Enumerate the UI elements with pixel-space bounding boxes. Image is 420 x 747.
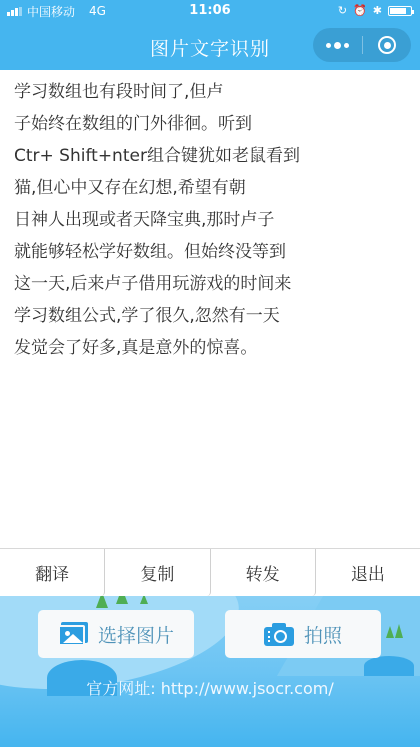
nav-bar: 图片文字识别: [0, 22, 420, 70]
text-line: 学习数组公式,学了很久,忽然有一天: [14, 300, 314, 332]
official-website-link[interactable]: 官方网址: http://www.jsocr.com/: [0, 676, 420, 699]
tree-decoration: [140, 596, 148, 604]
copy-button[interactable]: 复制: [105, 549, 210, 596]
status-bar: 中国移动 4G 11:06 ↻ ⏰ ✱: [0, 0, 420, 22]
take-photo-button[interactable]: 拍照: [225, 610, 381, 658]
orientation-lock-icon: ↻: [338, 4, 347, 17]
tree-decoration: [96, 596, 108, 608]
choose-image-button[interactable]: 选择图片: [38, 610, 194, 658]
close-button[interactable]: [363, 36, 411, 54]
text-line: 就能够轻松学好数组。但始终没等到: [14, 236, 314, 268]
camera-icon: [264, 622, 294, 646]
text-line: 发觉会了好多,真是意外的惊喜。: [14, 332, 314, 364]
alarm-icon: ⏰: [353, 4, 367, 17]
text-line: 日神人出现或者天降宝典,那时卢子: [14, 204, 314, 236]
image-icon: [58, 622, 88, 646]
more-dots-icon: [326, 42, 349, 49]
target-circle-icon: [378, 36, 396, 54]
bluetooth-icon: ✱: [373, 4, 382, 17]
text-line: 猫,但心中又存在幻想,希望有朝: [14, 172, 314, 204]
tree-decoration: [395, 624, 403, 638]
tree-decoration: [116, 596, 128, 604]
action-bar: 翻译 复制 转发 退出: [0, 548, 420, 596]
text-line: 这一天,后来卢子借用玩游戏的时间来: [14, 268, 314, 300]
text-line: Ctr+ Shift+nter组合键犹如老鼠看到: [14, 140, 314, 172]
text-line: 学习数组也有段时间了,但卢: [14, 76, 314, 108]
battery-icon: [388, 6, 412, 16]
forward-button[interactable]: 转发: [211, 549, 316, 596]
exit-button[interactable]: 退出: [316, 549, 420, 596]
ocr-result-text: 学习数组也有段时间了,但卢 子始终在数组的门外徘徊。听到 Ctr+ Shift+…: [14, 76, 314, 364]
tree-decoration: [386, 626, 394, 638]
translate-button[interactable]: 翻译: [0, 549, 105, 596]
background-dome: [364, 656, 414, 676]
system-icons: ↻ ⏰ ✱: [338, 4, 412, 17]
mini-program-capsule: [313, 28, 411, 62]
take-photo-label: 拍照: [304, 621, 342, 648]
choose-image-label: 选择图片: [98, 621, 174, 648]
more-button[interactable]: [313, 42, 362, 49]
bottom-panel: 选择图片 拍照 官方网址: http://www.jsocr.com/: [0, 596, 420, 747]
text-line: 子始终在数组的门外徘徊。听到: [14, 108, 314, 140]
